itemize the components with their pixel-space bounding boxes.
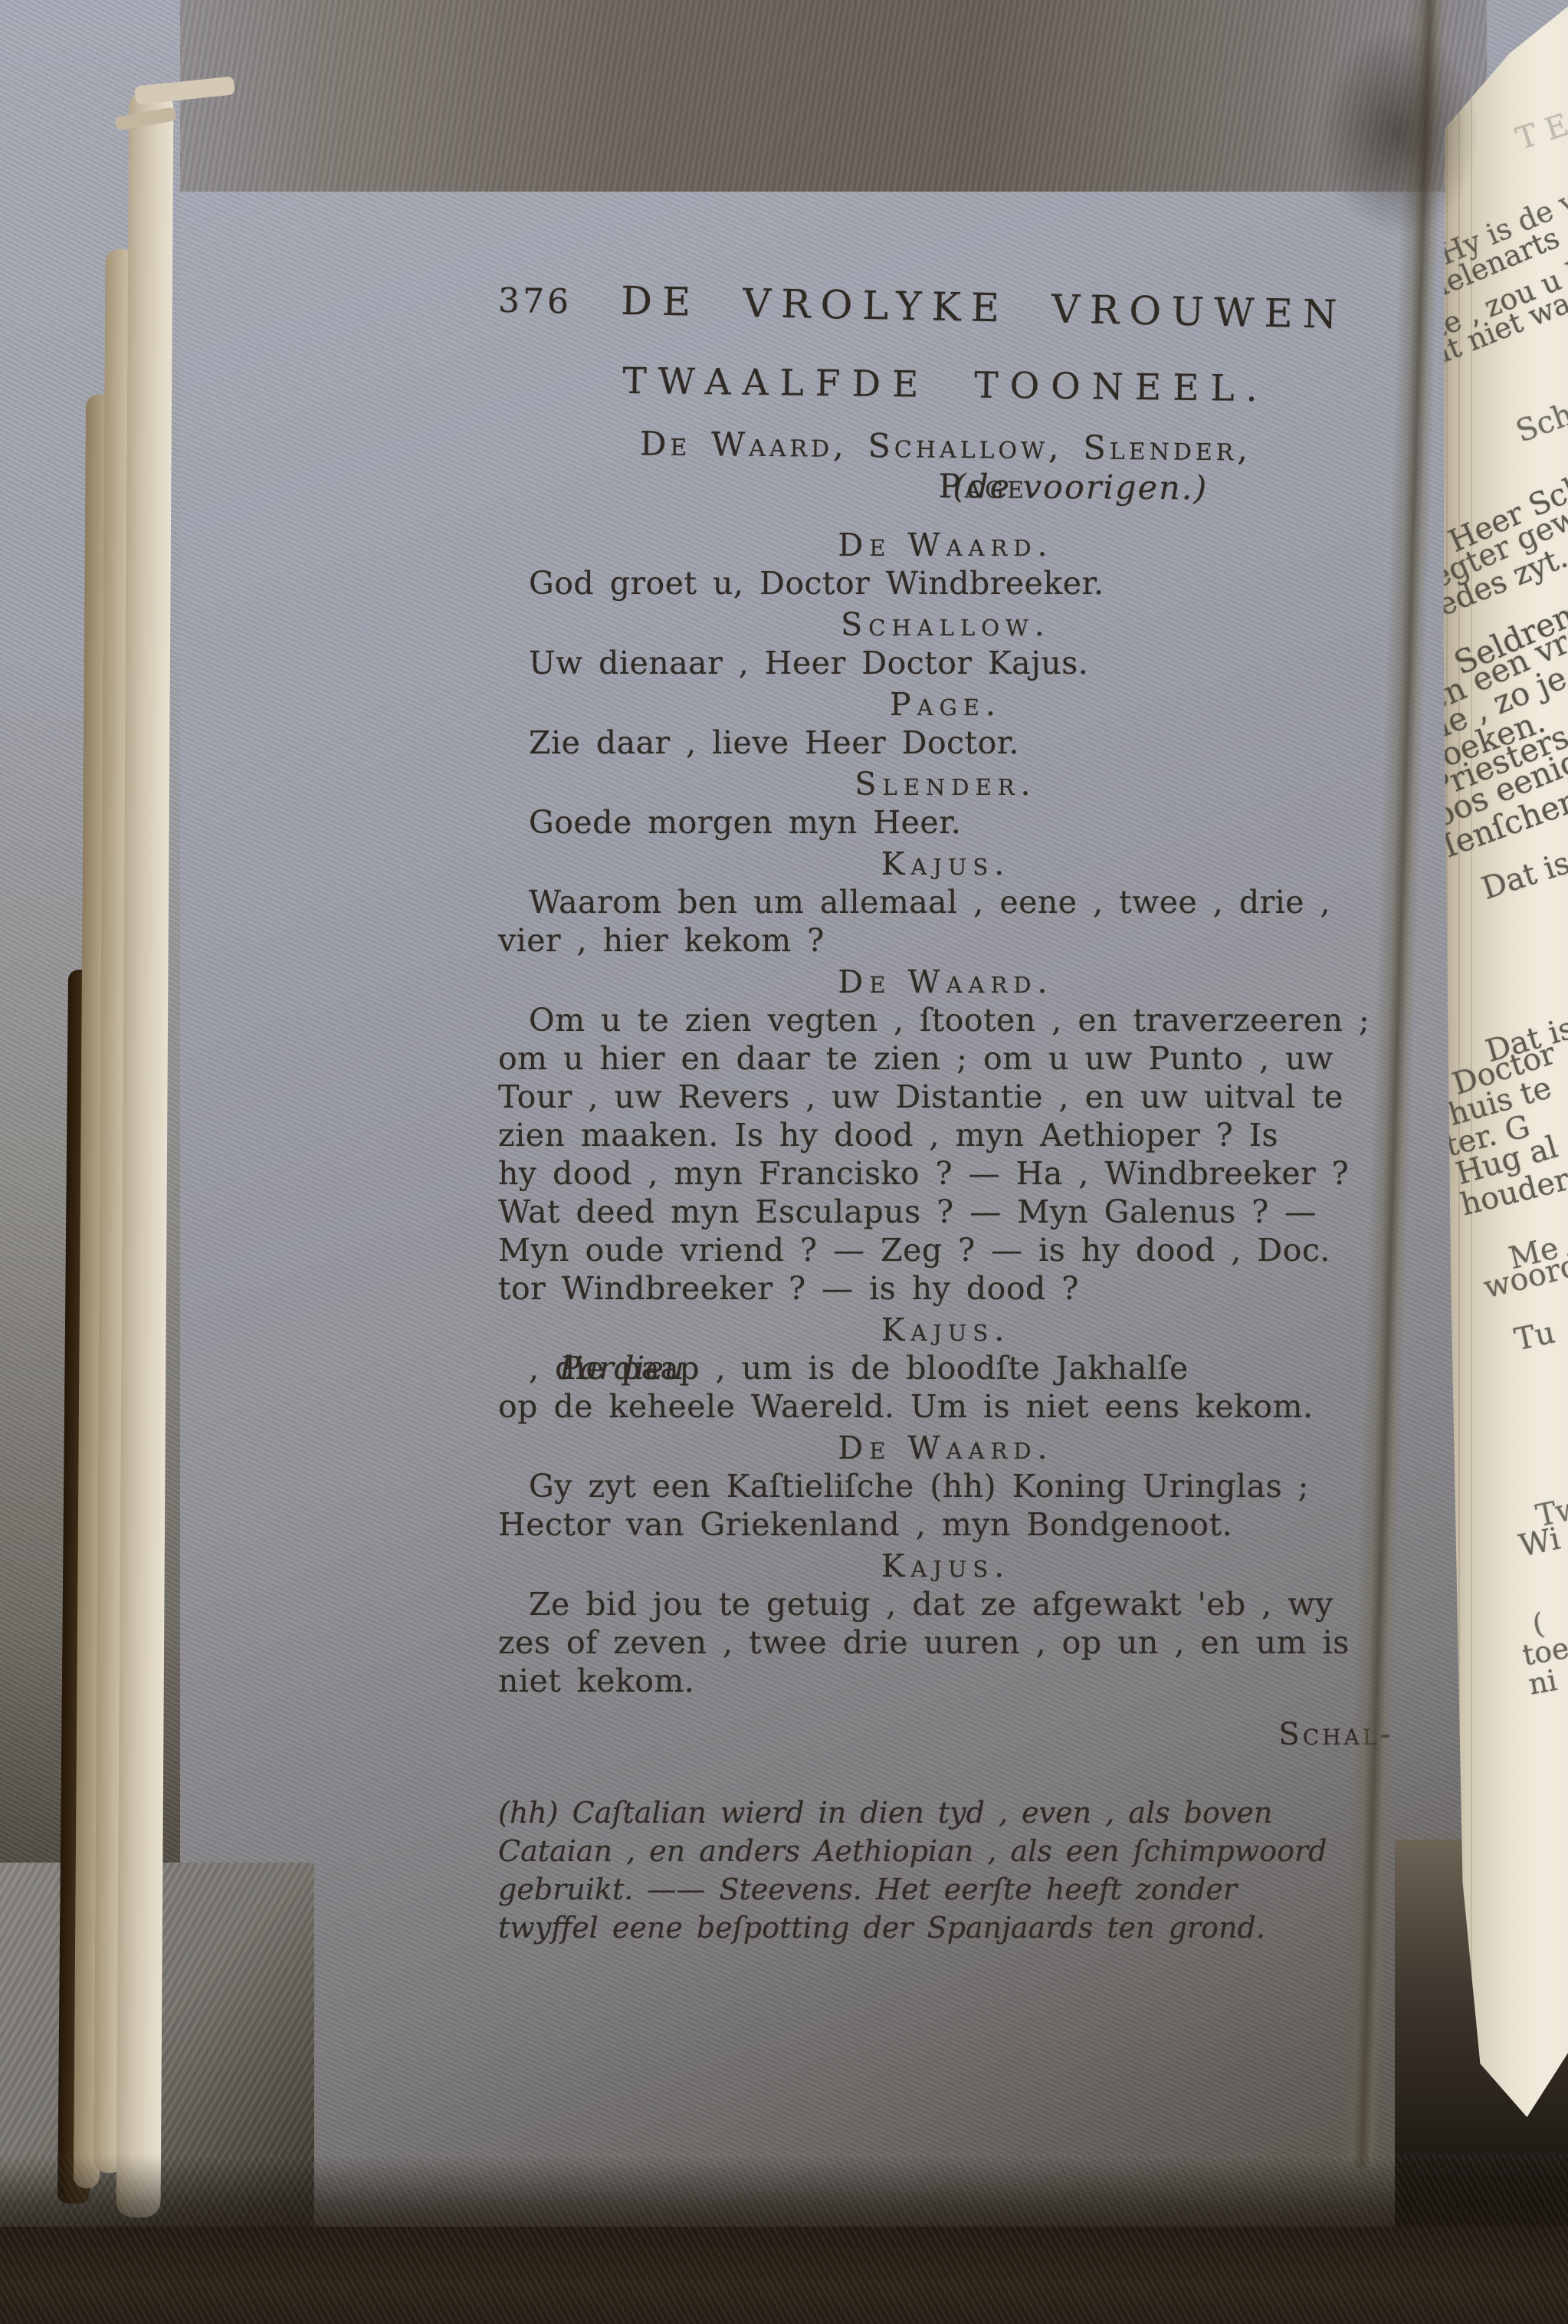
footnote-line: gebruikt. —— Steevens. Het eerſte heeft … bbox=[498, 1870, 1393, 1909]
speaker-heading: Page. bbox=[498, 685, 1393, 724]
dialogue-line: Zie daar , lieve Heer Doctor. bbox=[498, 724, 1393, 762]
dialogue-line: Om u te zien vegten , ſtooten , en trave… bbox=[498, 1001, 1393, 1039]
scene-heading: TWAALFDE TOONEEL. bbox=[498, 359, 1394, 412]
dialogue-line: Ze bid jou te getuig , dat ze afgewakt '… bbox=[498, 1585, 1393, 1623]
footnote: (hh) Caſtalian wierd in dien tyd , even … bbox=[498, 1794, 1393, 1947]
dialogue-line: op de keheele Waereld. Um is niet eens k… bbox=[498, 1387, 1393, 1426]
catchword: Schal- bbox=[498, 1717, 1393, 1752]
footnote-line: (hh) Caſtalian wierd in dien tyd , even … bbox=[498, 1794, 1393, 1832]
dialogue-line: Waarom ben um allemaal , eene , twee , d… bbox=[498, 883, 1393, 921]
speaker-heading: Kajus. bbox=[498, 845, 1393, 883]
dialogue-line: zien maaken. Is hy dood , myn Aethioper … bbox=[498, 1116, 1393, 1154]
page-number: 376 bbox=[498, 281, 572, 322]
gutter-top-shadow bbox=[1303, 31, 1494, 284]
stage-direction: (de voorigen.) bbox=[953, 468, 1208, 507]
dialogue-line: om u hier en daar te zien ; om u uw Punt… bbox=[498, 1039, 1393, 1078]
dialogue-line: Gy zyt een Kaſtieliſche (hh) Koning Urin… bbox=[498, 1467, 1393, 1505]
dialogue-line: hy dood , myn Francisko ? — Ha , Windbre… bbox=[498, 1154, 1393, 1193]
speaker-heading: Slender. bbox=[498, 765, 1393, 803]
footnote-line: Cataian , en anders Aethiopian , als een… bbox=[498, 1832, 1393, 1870]
page-header: 376 DE VROLYKE VROUWEN bbox=[498, 277, 1394, 339]
page-text-block: 376 DE VROLYKE VROUWEN TWAALFDE TOONEEL.… bbox=[498, 285, 1393, 1947]
dialogue-line: zes of zeven , twee drie uuren , op un ,… bbox=[498, 1623, 1393, 1662]
running-title: DE VROLYKE VROUWEN bbox=[620, 279, 1347, 338]
dialogue-block: De Waard.God groet u, Doctor Windbreeker… bbox=[498, 526, 1393, 1700]
speaker-heading: De Waard. bbox=[498, 526, 1393, 564]
dialogue-line: Wat deed myn Esculapus ? — Myn Galenus ?… bbox=[498, 1193, 1393, 1231]
footnote-line: twyffel eene beſpotting der Spanjaards t… bbox=[498, 1909, 1393, 1947]
speaker-heading: De Waard. bbox=[498, 1429, 1393, 1467]
facing-page-fragment: Dat is bbox=[1478, 845, 1568, 907]
dialogue-line: Tour , uw Revers , uw Distantie , en uw … bbox=[498, 1078, 1393, 1116]
dialogue-line: Pardieu , die paap , um is de bloodſte J… bbox=[498, 1349, 1393, 1387]
dialogue-line: vier , hier kekom ? bbox=[498, 921, 1393, 960]
dialogue-line: niet kekom. bbox=[498, 1662, 1393, 1700]
facing-page-fragment: ni bbox=[1526, 1663, 1560, 1702]
character-list-line: Page (de voorigen.) bbox=[498, 464, 1393, 509]
facing-page-fragment: Sch bbox=[1511, 397, 1568, 450]
dialogue-line: Hector van Griekenland , myn Bondgenoot. bbox=[498, 1505, 1393, 1544]
speaker-heading: Schallow. bbox=[498, 606, 1393, 644]
fabric-bottom-dark bbox=[0, 2227, 1568, 2324]
dialogue-line: Uw dienaar , Heer Doctor Kajus. bbox=[498, 644, 1393, 682]
photo-scene: 376 DE VROLYKE VROUWEN TWAALFDE TOONEEL.… bbox=[0, 0, 1568, 2324]
speaker-heading: Kajus. bbox=[498, 1547, 1393, 1585]
speaker-heading: Kajus. bbox=[498, 1311, 1393, 1349]
facing-page-fragment: T E bbox=[1512, 107, 1568, 157]
dialogue-line: Myn oude vriend ? — Zeg ? — is hy dood ,… bbox=[498, 1231, 1393, 1269]
dialogue-line: God groet u, Doctor Windbreeker. bbox=[498, 564, 1393, 602]
dialogue-line: tor Windbreeker ? — is hy dood ? bbox=[498, 1269, 1393, 1308]
speaker-heading: De Waard. bbox=[498, 963, 1393, 1001]
facing-page-fragment: Tu bbox=[1511, 1315, 1558, 1358]
dialogue-line: Goede morgen myn Heer. bbox=[498, 803, 1393, 842]
facing-page-fragment: Wi bbox=[1516, 1521, 1563, 1564]
character-list-line: De Waard, Schallow, Slender, bbox=[498, 424, 1393, 470]
book-page-left: 376 DE VROLYKE VROUWEN TWAALFDE TOONEEL.… bbox=[152, 66, 1471, 2257]
